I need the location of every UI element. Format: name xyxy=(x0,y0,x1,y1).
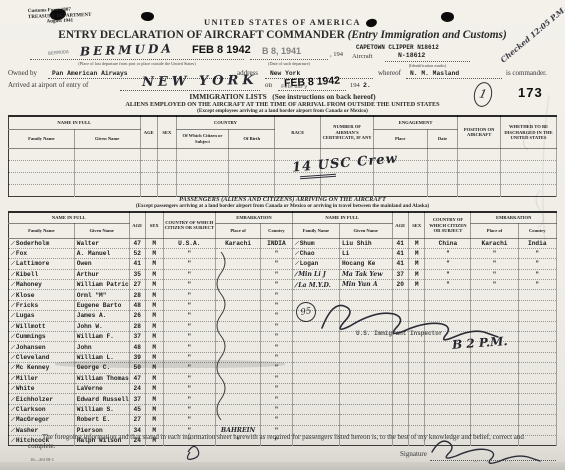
aliens-empty-cell xyxy=(427,172,458,184)
row-checkmark: ∕ xyxy=(11,354,16,361)
passenger-cell xyxy=(518,363,556,373)
passenger-cell xyxy=(425,311,471,321)
passenger-cell xyxy=(518,332,556,342)
col-age: AGE xyxy=(129,212,145,238)
passenger-cell: ∕Lattimore xyxy=(9,259,75,269)
row-checkmark: ∕ xyxy=(11,239,16,246)
passengers-table-title: PASSENGERS (ALIENS AND CITIZENS) ARRIVIN… xyxy=(0,196,565,203)
passenger-cell: Walter xyxy=(74,238,129,248)
aliens-empty-row xyxy=(9,160,557,172)
passenger-cell xyxy=(425,383,471,393)
owner-value: Pan American Airways xyxy=(52,70,128,77)
col-position: POSITION ON AIRCRAFT xyxy=(458,116,501,148)
passenger-cell xyxy=(471,373,518,383)
owned-by-label: Owned by xyxy=(8,69,37,77)
passenger-cell xyxy=(471,383,518,393)
aliens-empty-cell xyxy=(140,160,158,172)
passenger-cell: Orml "M" xyxy=(74,290,129,300)
passenger-cell xyxy=(339,300,392,310)
entry-port-line xyxy=(120,89,260,91)
passenger-cell xyxy=(292,332,339,342)
passenger-row: ∕WhiteLaVerne24M"" xyxy=(9,383,557,393)
passenger-cell xyxy=(292,383,339,393)
passenger-cell: 28 xyxy=(129,290,145,300)
passenger-cell: Ma Tak Yew xyxy=(339,269,392,279)
passenger-cell: M xyxy=(145,404,163,414)
page-number: 173 xyxy=(518,85,543,100)
passenger-cell: " xyxy=(518,248,556,258)
whereof-label: whereof xyxy=(378,69,401,77)
col-given-name: Given Name xyxy=(74,223,129,238)
passenger-cell: " xyxy=(163,280,216,290)
passenger-cell: William Thomas xyxy=(74,373,129,383)
passenger-cell: " xyxy=(163,311,216,321)
passenger-cell: " xyxy=(471,248,518,258)
passenger-cell: M xyxy=(145,248,163,258)
passenger-cell: 37 xyxy=(392,269,408,279)
aliens-empty-cell xyxy=(9,160,75,172)
passenger-cell xyxy=(216,259,261,269)
passenger-cell xyxy=(339,311,392,321)
passenger-cell: " xyxy=(261,415,293,425)
passenger-row: ∕ClarksonWilliam S.45M"" xyxy=(9,404,557,414)
aliens-table-subtitle: (Except employees arriving at a land bor… xyxy=(0,108,565,114)
passenger-cell: " xyxy=(163,415,216,425)
aircraft-name-typed: CAPETOWN CLIPPER N18612 xyxy=(356,44,439,51)
aliens-empty-cell xyxy=(9,148,75,160)
passenger-cell: " xyxy=(163,259,216,269)
passenger-cell xyxy=(518,404,556,414)
passenger-cell xyxy=(425,404,471,414)
passenger-cell xyxy=(216,404,261,414)
passenger-cell: ∕Kibell xyxy=(9,269,75,279)
aliens-empty-cell xyxy=(229,148,275,160)
passenger-cell: M xyxy=(145,238,163,248)
departure-date-stamp: FEB 8 1942 xyxy=(192,44,251,56)
passenger-cell: " xyxy=(261,321,293,331)
row-checkmark: ∕ xyxy=(294,270,297,278)
passenger-cell: " xyxy=(261,300,293,310)
passenger-cell xyxy=(292,373,339,383)
passenger-cell: Karachi xyxy=(471,238,518,248)
passenger-cell: INDIA xyxy=(261,238,293,248)
passenger-cell: James A. xyxy=(74,311,129,321)
passenger-cell xyxy=(216,373,261,383)
aliens-empty-cell xyxy=(140,148,158,160)
passenger-cell xyxy=(392,290,408,300)
passenger-cell: " xyxy=(163,394,216,404)
passenger-cell: " xyxy=(471,280,518,290)
passenger-cell xyxy=(216,280,261,290)
caption-identification-marks: (Identification marks) xyxy=(385,63,470,68)
aliens-empty-cell xyxy=(176,172,229,184)
passenger-row: ∕SoderholmWalter47MU.S.A.KarachiINDIA∕Sh… xyxy=(9,238,557,248)
passenger-cell: M xyxy=(145,269,163,279)
passenger-cell: John xyxy=(74,342,129,352)
row-checkmark: ∕ xyxy=(11,406,16,413)
col-embarkation-group: EMBARKATION xyxy=(471,212,557,223)
signature-label: Signature xyxy=(400,450,427,458)
passenger-cell: M xyxy=(145,383,163,393)
passenger-cell xyxy=(408,383,424,393)
aliens-empty-row xyxy=(9,172,557,184)
passenger-cell: " xyxy=(425,280,471,290)
col-airman-certificate: NUMBER OF AIRMAN'S CERTIFICATE, IF ANY xyxy=(321,116,374,148)
passenger-cell xyxy=(471,363,518,373)
passenger-cell: " xyxy=(261,383,293,393)
passenger-cell: 26 xyxy=(129,311,145,321)
passenger-cell xyxy=(339,373,392,383)
commander-line xyxy=(406,77,502,79)
immigration-lists-title: IMMIGRATION LISTS xyxy=(189,92,266,101)
aliens-empty-cell xyxy=(427,148,458,160)
aliens-empty-cell xyxy=(176,160,229,172)
passenger-cell xyxy=(425,415,471,425)
passenger-cell: ∕White xyxy=(9,383,75,393)
passenger-cell: " xyxy=(163,332,216,342)
passenger-cell xyxy=(471,404,518,414)
aliens-empty-cell xyxy=(275,184,321,196)
passenger-cell: 24 xyxy=(129,383,145,393)
passenger-cell: Li xyxy=(339,248,392,258)
aliens-empty-cell xyxy=(74,172,140,184)
aircraft-label: Aircraft xyxy=(352,53,373,60)
passenger-cell xyxy=(216,342,261,352)
col-embarkation-group: EMBARKATION xyxy=(216,212,293,223)
aliens-empty-cell xyxy=(9,184,75,196)
departure-date-stamp-ghost: B 8, 1941 xyxy=(262,46,301,56)
aliens-table-title: ALIENS EMPLOYED ON THE AIRCRAFT AT THE T… xyxy=(0,101,565,108)
passenger-cell xyxy=(392,415,408,425)
passengers-table-subtitle: (Except passengers arriving at a land bo… xyxy=(0,203,565,209)
passenger-cell xyxy=(392,300,408,310)
passenger-cell xyxy=(216,269,261,279)
passenger-cell: " xyxy=(261,394,293,404)
aliens-empty-cell xyxy=(458,184,501,196)
immigration-lists-note: (See instructions on back hereof) xyxy=(272,92,375,101)
passenger-cell xyxy=(292,352,339,362)
passenger-cell xyxy=(408,300,424,310)
passenger-cell xyxy=(216,300,261,310)
col-country-citizen: COUNTRY OF WHICH CITIZEN OR SUBJECT xyxy=(163,212,216,238)
passenger-cell xyxy=(471,352,518,362)
passenger-cell: 20 xyxy=(392,280,408,290)
passenger-cell: M xyxy=(145,280,163,290)
passenger-cell xyxy=(518,373,556,383)
passenger-cell xyxy=(471,394,518,404)
row-checkmark: ∕ xyxy=(11,385,16,392)
passenger-cell: ∕Fricks xyxy=(9,300,75,310)
passenger-cell xyxy=(408,404,424,414)
aliens-empty-cell xyxy=(458,172,501,184)
passenger-cell xyxy=(471,321,518,331)
passenger-row: ∕MahoneyWilliam Patrick27M""∕La M.Y.D.Mi… xyxy=(9,280,557,290)
aliens-empty-cell xyxy=(458,148,501,160)
col-name-in-full: NAME IN FULL xyxy=(9,116,141,129)
passenger-cell xyxy=(216,394,261,404)
col-sex: SEX xyxy=(145,212,163,238)
col-discharge: WHETHER TO BE DISCHARGED IN THE UNITED S… xyxy=(501,116,557,148)
col-country-citizen: COUNTRY OF WHICH CITIZEN OR SUBJECT xyxy=(425,212,471,238)
aliens-empty-cell xyxy=(140,184,158,196)
passenger-cell: " xyxy=(261,248,293,258)
passenger-cell: " xyxy=(261,269,293,279)
passenger-cell xyxy=(518,342,556,352)
arrival-date-stamp: FEB 8 1942 xyxy=(284,75,341,90)
passenger-cell xyxy=(339,290,392,300)
aliens-empty-cell xyxy=(74,160,140,172)
col-engagement-date: Date xyxy=(427,129,458,148)
col-given-name: Given Name xyxy=(339,223,392,238)
passenger-cell: " xyxy=(163,404,216,414)
row-checkmark: ∕ xyxy=(11,426,16,433)
passenger-cell xyxy=(408,394,424,404)
passenger-cell: M xyxy=(145,259,163,269)
passenger-cell: " xyxy=(261,373,293,383)
passenger-cell: M xyxy=(145,332,163,342)
passenger-cell: " xyxy=(163,383,216,393)
passenger-cell xyxy=(408,373,424,383)
passenger-cell: 28 xyxy=(129,321,145,331)
passenger-cell xyxy=(339,415,392,425)
col-sex: SEX xyxy=(408,212,424,238)
passenger-cell xyxy=(339,383,392,393)
passenger-cell: " xyxy=(518,259,556,269)
aliens-empty-cell xyxy=(158,172,177,184)
passenger-cell: 27 xyxy=(129,280,145,290)
passenger-cell: ∕Klose xyxy=(9,290,75,300)
passenger-cell xyxy=(518,321,556,331)
passenger-cell: Robert E. xyxy=(74,415,129,425)
passenger-cell: " xyxy=(163,269,216,279)
passenger-row: ∕FricksEugene Barto48M"" xyxy=(9,300,557,310)
entry-port-handwritten: NEW YORK xyxy=(142,73,258,90)
passenger-cell xyxy=(216,332,261,342)
passenger-cell xyxy=(339,342,392,352)
col-family-name: Family Name xyxy=(9,129,75,148)
passenger-cell: " xyxy=(261,404,293,414)
col-family-name: Family Name xyxy=(9,223,75,238)
passenger-cell: ∕Cummings xyxy=(9,332,75,342)
passenger-row: ∕LugasJames A.26M"" xyxy=(9,311,557,321)
aircraft-number: N-18612 xyxy=(398,52,425,59)
passenger-cell xyxy=(392,311,408,321)
aliens-empty-cell xyxy=(501,184,557,196)
commander-name-typed: N. M. Masland xyxy=(410,70,459,77)
row-checkmark: ∕ xyxy=(11,302,16,309)
passenger-cell xyxy=(518,300,556,310)
aliens-empty-row xyxy=(9,184,557,196)
passenger-cell: " xyxy=(261,342,293,352)
row-checkmark: ∕ xyxy=(11,395,16,402)
certification-statement: The foregoing information and that state… xyxy=(28,433,548,450)
passenger-cell: 48 xyxy=(129,300,145,310)
passenger-cell: Karachi xyxy=(216,238,261,248)
passenger-row: ∕MacGregorRobert E.27M"" xyxy=(9,415,557,425)
year-preprint: , 194 xyxy=(330,51,343,58)
passenger-cell xyxy=(392,394,408,404)
passenger-cell: Owen xyxy=(74,259,129,269)
passenger-cell xyxy=(216,311,261,321)
passenger-cell xyxy=(425,290,471,300)
passenger-cell: ∕Lugas xyxy=(9,311,75,321)
passenger-cell: " xyxy=(471,259,518,269)
row-checkmark: ∕ xyxy=(11,343,16,350)
passenger-cell: " xyxy=(518,280,556,290)
document-title-parenthetical: (Entry Immigration and Customs) xyxy=(348,29,507,41)
row-checkmark: ∕ xyxy=(11,323,16,330)
passenger-cell: M xyxy=(408,280,424,290)
passenger-cell xyxy=(471,311,518,321)
passenger-cell xyxy=(392,342,408,352)
passenger-cell: ∕Willmott xyxy=(9,321,75,331)
passenger-cell xyxy=(425,300,471,310)
passenger-cell xyxy=(425,373,471,383)
passenger-cell xyxy=(471,300,518,310)
passenger-cell: " xyxy=(425,248,471,258)
passenger-cell: " xyxy=(163,300,216,310)
passenger-row: ∕LattimoreOwen41M""∕LoganHocang Ke41M""" xyxy=(9,259,557,269)
passenger-cell xyxy=(216,383,261,393)
row-checkmark: ∕ xyxy=(294,250,299,257)
passenger-row: ∕EichholzerEdward Russell37M"" xyxy=(9,394,557,404)
passenger-row: ∕MillerWilliam Thomas47M"" xyxy=(9,373,557,383)
aliens-empty-cell xyxy=(501,148,557,160)
passenger-cell: " xyxy=(425,269,471,279)
aliens-empty-cell xyxy=(158,160,177,172)
aliens-empty-cell xyxy=(373,184,427,196)
row-checkmark: ∕ xyxy=(294,239,299,246)
passenger-cell: " xyxy=(163,373,216,383)
passenger-cell: ∕Fox xyxy=(9,248,75,258)
passenger-cell xyxy=(408,311,424,321)
passenger-cell xyxy=(408,290,424,300)
passenger-cell xyxy=(471,290,518,300)
col-race: RACE xyxy=(275,116,321,148)
passenger-cell xyxy=(518,415,556,425)
col-age: AGE xyxy=(392,212,408,238)
row-checkmark: ∕ xyxy=(11,333,16,340)
passenger-cell: 41 xyxy=(129,259,145,269)
passenger-cell xyxy=(339,404,392,414)
passenger-cell: China xyxy=(425,238,471,248)
aliens-empty-cell xyxy=(158,184,177,196)
passenger-cell: M xyxy=(408,269,424,279)
col-given-name: Given Name xyxy=(74,129,140,148)
col-embarkation-place: Place of xyxy=(216,223,261,238)
passenger-cell xyxy=(518,394,556,404)
row-checkmark: ∕ xyxy=(11,260,16,267)
passenger-cell xyxy=(518,383,556,393)
passenger-cell: John W. xyxy=(74,321,129,331)
aircraft-line xyxy=(385,60,470,62)
passenger-cell: 37 xyxy=(129,332,145,342)
col-sex: SEX xyxy=(158,116,177,148)
passenger-row: ∕KibellArthur35M""∕Min Li JMa Tak Yew37M… xyxy=(9,269,557,279)
row-checkmark: ∕ xyxy=(11,375,16,382)
scan-smudge xyxy=(55,360,285,368)
passenger-cell: William Patrick xyxy=(74,280,129,290)
passenger-cell xyxy=(216,290,261,300)
passenger-cell: Hocang Ke xyxy=(339,259,392,269)
passenger-cell xyxy=(408,352,424,362)
row-checkmark: ∕ xyxy=(11,312,16,319)
passenger-cell: 35 xyxy=(129,269,145,279)
passenger-cell: 41 xyxy=(392,248,408,258)
passenger-cell xyxy=(292,321,339,331)
passenger-cell: ∕Soderholm xyxy=(9,238,75,248)
document-title-main: ENTRY DECLARATION OF AIRCRAFT COMMANDER xyxy=(58,29,344,41)
passenger-cell xyxy=(392,383,408,393)
arrival-year-typed: 2. xyxy=(363,82,371,89)
col-embarkation-country: Country xyxy=(518,223,556,238)
passenger-cell xyxy=(408,363,424,373)
aliens-empty-cell xyxy=(373,172,427,184)
row-checkmark: ∕ xyxy=(294,260,299,267)
passenger-cell: " xyxy=(425,259,471,269)
aliens-empty-cell xyxy=(427,184,458,196)
passenger-cell: M xyxy=(145,300,163,310)
inspector-title: U.S. Immigrant Inspector xyxy=(356,330,442,337)
col-citizen-of: Of Which Citizen or Subject xyxy=(176,129,229,148)
passenger-cell: 27 xyxy=(129,415,145,425)
col-engagement-place: Place xyxy=(373,129,427,148)
passenger-cell: 41 xyxy=(392,238,408,248)
aliens-empty-cell xyxy=(229,160,275,172)
passenger-cell: 47 xyxy=(129,373,145,383)
aliens-empty-row xyxy=(9,148,557,160)
scanned-entry-declaration-document: Customs Form 1807 TREASURY DEPARTMENT Au… xyxy=(0,0,565,470)
row-checkmark: ∕ xyxy=(11,437,16,444)
passenger-row: ∕WillmottJohn W.28M"" xyxy=(9,321,557,331)
passenger-cell: " xyxy=(163,321,216,331)
passenger-cell: ∕Chao xyxy=(292,248,339,258)
passenger-cell: Arthur xyxy=(74,269,129,279)
passenger-cell xyxy=(471,415,518,425)
passenger-cell: ∕Mahoney xyxy=(9,280,75,290)
departure-place-line xyxy=(30,58,244,60)
passenger-cell: 37 xyxy=(129,394,145,404)
row-checkmark: ∕ xyxy=(294,281,297,289)
passenger-cell: ∕Clarkson xyxy=(9,404,75,414)
passenger-cell xyxy=(425,394,471,404)
passenger-cell: M xyxy=(408,248,424,258)
passenger-cell: 52 xyxy=(129,248,145,258)
passenger-cell: ∕Miller xyxy=(9,373,75,383)
passenger-cell xyxy=(425,363,471,373)
passenger-cell: Edward Russell xyxy=(74,394,129,404)
passenger-cell: India xyxy=(518,238,556,248)
aliens-empty-cell xyxy=(158,148,177,160)
aliens-table-rows xyxy=(9,148,557,196)
passenger-cell: M xyxy=(408,238,424,248)
row-checkmark: ∕ xyxy=(11,416,16,423)
passenger-row: ∕FoxA. Manuel52M""∕ChaoLi41M""" xyxy=(9,248,557,258)
col-embarkation-place: Place of xyxy=(471,223,518,238)
passenger-cell: Eugene Barto xyxy=(74,300,129,310)
passenger-cell: ∕MacGregor xyxy=(9,415,75,425)
passenger-cell: " xyxy=(261,290,293,300)
passenger-cell: William S. xyxy=(74,404,129,414)
row-checkmark: ∕ xyxy=(11,291,16,298)
passenger-cell xyxy=(408,415,424,425)
aliens-empty-cell xyxy=(229,184,275,196)
passenger-cell: M xyxy=(145,321,163,331)
passenger-cell: " xyxy=(163,290,216,300)
passenger-cell: A. Manuel xyxy=(74,248,129,258)
passenger-cell: M xyxy=(145,394,163,404)
passenger-cell: LaVerne xyxy=(74,383,129,393)
